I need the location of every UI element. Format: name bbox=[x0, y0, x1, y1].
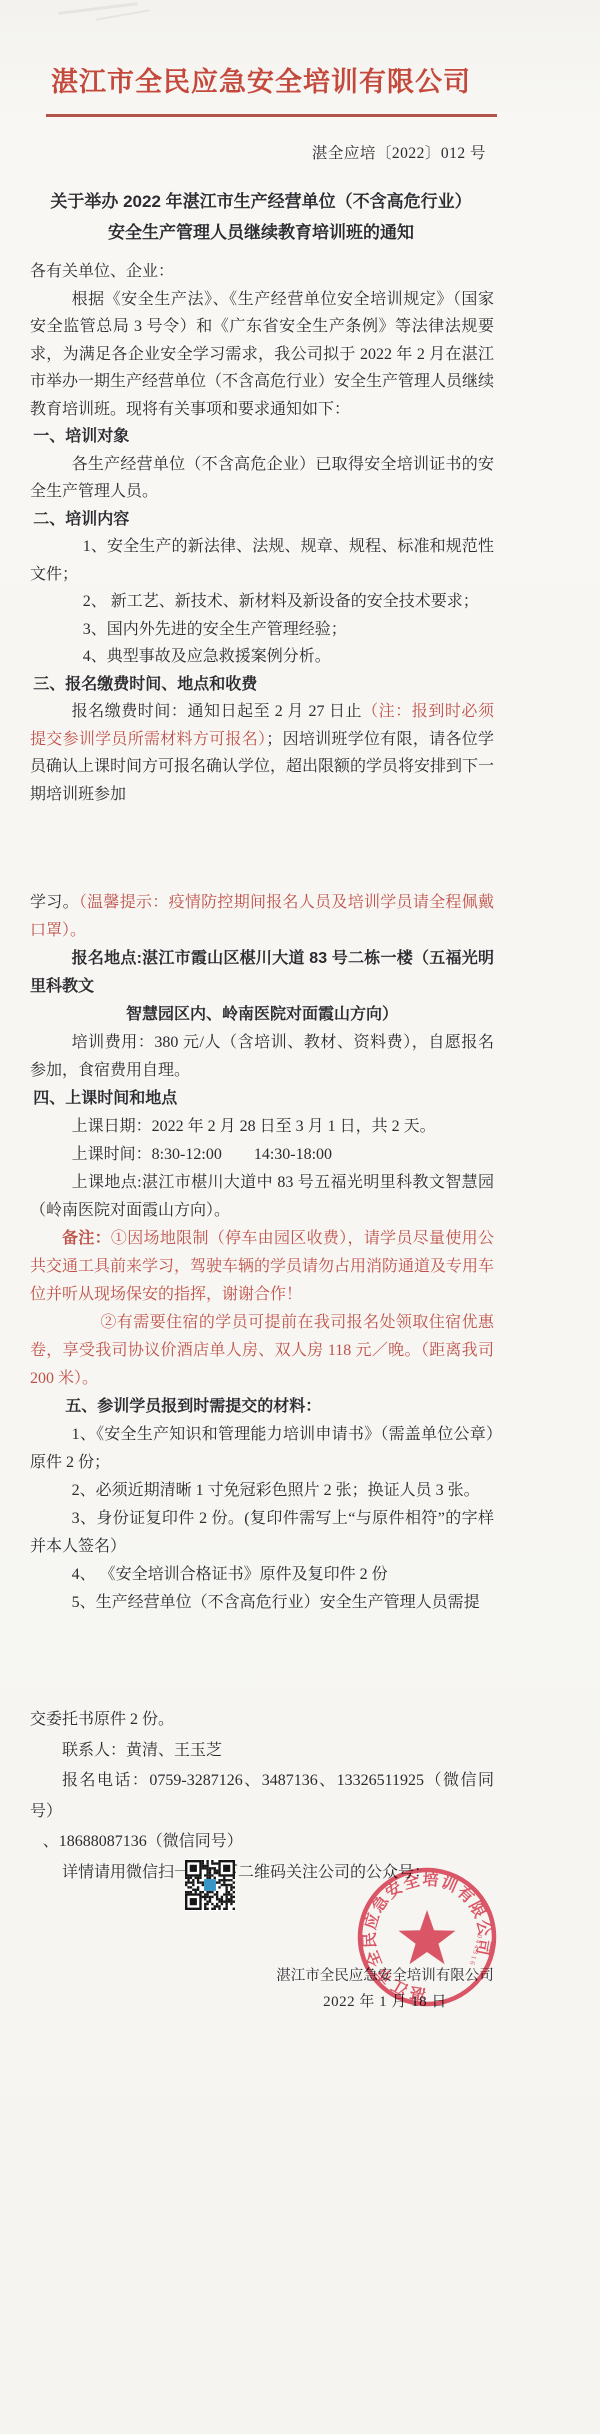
note2-paragraph: ②有需要住宿的学员可提前在我司报名处领取住宿优惠卷，享受我司协议价酒店单人房、双… bbox=[30, 1309, 494, 1393]
class-time: 上课时间：8:30-12:00 14:30-18:00 bbox=[30, 1141, 494, 1169]
material-item: 4、 《安全培训合格证书》原件及复印件 2 份 bbox=[30, 1561, 494, 1589]
section4-heading: 四、上课时间和地点 bbox=[30, 1085, 494, 1113]
notice-title: 关于举办 2022 年湛江市生产经营单位（不含高危行业） 安全生产管理人员继续教… bbox=[0, 186, 522, 248]
class-date: 上课日期：2022 年 2 月 28 日至 3 月 1 日，共 2 天。 bbox=[30, 1113, 494, 1141]
letterhead-rule bbox=[46, 114, 497, 117]
material-continuation: 交委托书原件 2 份。 bbox=[30, 1705, 494, 1736]
covid-reminder-red: （温馨提示：疫情防控期间报名人员及培训学员请全程佩戴口罩）。 bbox=[30, 894, 494, 939]
seal-star-icon bbox=[399, 1910, 456, 1964]
class-place: 上课地点:湛江市椹川大道中 83 号五福光明里科教文智慧园（岭南医院对面霞山方向… bbox=[30, 1169, 494, 1225]
wechat-qr-code bbox=[185, 1859, 235, 1911]
official-seal: 湛江市全民应急安全培训有限公司 044316 bbox=[352, 1862, 502, 2012]
section2-heading: 二、培训内容 bbox=[30, 506, 494, 534]
document-number: 湛全应培〔2022〕012 号 bbox=[0, 141, 486, 163]
training-content-item: 4、典型事故及应急救援案例分析。 bbox=[30, 643, 494, 671]
registration-phone2: 、18688087136（微信同号） bbox=[30, 1827, 494, 1858]
material-item: 3、身份证复印件 2 份。(复印件需写上“与原件相符”的字样并本人签名） bbox=[30, 1505, 494, 1561]
salutation: 各有关单位、企业： bbox=[30, 258, 494, 286]
notice-title-line2: 安全生产管理人员继续教育培训班的通知 bbox=[0, 217, 522, 248]
note-label: 备注： bbox=[62, 1230, 111, 1247]
letterhead-company-name: 湛江市全民应急安全培训有限公司 bbox=[0, 60, 522, 99]
scanned-notice-document: 湛江市全民应急安全培训有限公司 湛全应培〔2022〕012 号 关于举办 202… bbox=[0, 0, 600, 2434]
section1-heading: 一、培训对象 bbox=[30, 423, 494, 451]
contact-person: 联系人：黄清、王玉芝 bbox=[30, 1736, 494, 1767]
training-content-item: 2、 新工艺、新技术、新材料及新设备的安全技术要求； bbox=[30, 588, 494, 616]
body-block-1: 各有关单位、企业： 根据《安全生产法》、《生产经营单位安全培训规定》（国家安全监… bbox=[30, 258, 494, 808]
qr-code-icon bbox=[185, 1859, 235, 1911]
registration-time-text: 报名缴费时间：通知日起至 2 月 27 日止 bbox=[72, 703, 363, 720]
body-block-3: 交委托书原件 2 份。 联系人：黄清、王玉芝 报名电话：0759-3287126… bbox=[30, 1705, 494, 1888]
material-item: 2、必须近期清晰 1 寸免冠彩色照片 2 张；换证人员 3 张。 bbox=[30, 1477, 494, 1505]
intro-paragraph: 根据《安全生产法》、《生产经营单位安全培训规定》（国家安全监管总局 3 号令）和… bbox=[30, 286, 494, 424]
section1-text: 各生产经营单位（不含高危企业）已取得安全培训证书的安全生产管理人员。 bbox=[30, 451, 494, 506]
fee-paragraph: 培训费用：380 元/人（含培训、教材、资料费），自愿报名参加，食宿费用自理。 bbox=[30, 1029, 494, 1085]
registration-place-line1: 报名地点:湛江市霞山区椹川大道 83 号二栋一楼（五福光明里科教文 bbox=[30, 945, 494, 1001]
note1-paragraph: 备注：①因场地限制（停车由园区收费），请学员尽量使用公共交通工具前来学习，驾驶车… bbox=[30, 1225, 494, 1309]
registration-place-line2: 智慧园区内、岭南医院对面霞山方向） bbox=[30, 1001, 494, 1029]
training-content-item: 3、国内外先进的安全生产管理经验； bbox=[30, 616, 494, 644]
training-content-item: 1、安全生产的新法律、法规、规章、规程、标准和规范性文件； bbox=[30, 533, 494, 588]
body-block-2: 学习。（温馨提示：疫情防控期间报名人员及培训学员请全程佩戴口罩）。 报名地点:湛… bbox=[30, 889, 494, 1617]
material-item: 1、《安全生产知识和管理能力培训申请书》（需盖单位公章）原件 2 份； bbox=[30, 1421, 494, 1477]
registration-phone: 报名电话：0759-3287126、3487136、13326511925（微信… bbox=[30, 1766, 494, 1827]
registration-time-paragraph: 报名缴费时间：通知日起至 2 月 27 日止（注：报到时必须提交参训学员所需材料… bbox=[30, 698, 494, 808]
continuation-text: 学习。 bbox=[30, 894, 79, 911]
material-item: 5、生产经营单位（不含高危行业）安全生产管理人员需提 bbox=[30, 1589, 494, 1617]
notice-title-line1: 关于举办 2022 年湛江市生产经营单位（不含高危行业） bbox=[0, 186, 522, 217]
section3-heading: 三、报名缴费时间、地点和收费 bbox=[30, 671, 494, 699]
section5-heading: 五、参训学员报到时需提交的材料： bbox=[30, 1393, 494, 1421]
continuation-line: 学习。（温馨提示：疫情防控期间报名人员及培训学员请全程佩戴口罩）。 bbox=[30, 889, 494, 945]
scan-streak bbox=[95, 9, 150, 21]
